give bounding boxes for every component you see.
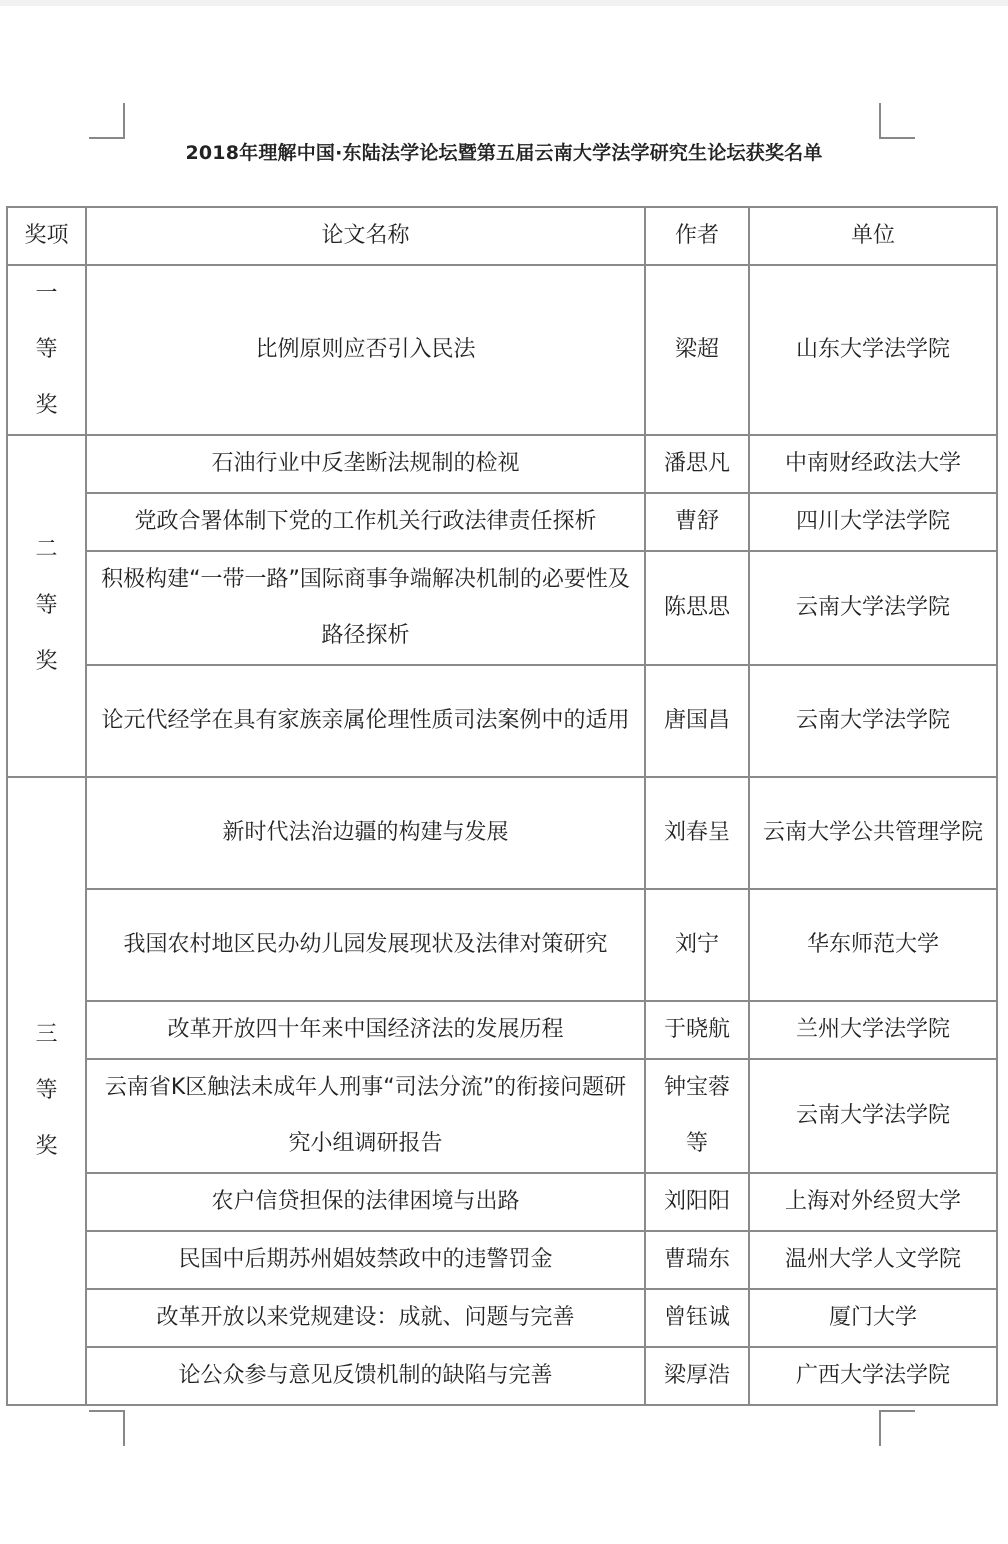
crop-mark-bottom-left: [89, 1410, 125, 1446]
paper-title: 农户信贷担保的法律困境与出路: [86, 1173, 645, 1231]
unit: 中南财经政法大学: [749, 435, 997, 493]
paper-title: 积极构建“一带一路”国际商事争端解决机制的必要性及路径探析: [86, 551, 645, 665]
table-row: 农户信贷担保的法律困境与出路 刘阳阳 上海对外经贸大学: [7, 1173, 997, 1231]
crop-mark-top-right: [879, 103, 915, 139]
table-row: 党政合署体制下党的工作机关行政法律责任探析 曹舒 四川大学法学院: [7, 493, 997, 551]
paper-title: 新时代法治边疆的构建与发展: [86, 777, 645, 889]
unit: 上海对外经贸大学: [749, 1173, 997, 1231]
table-row: 民国中后期苏州娼妓禁政中的违警罚金 曹瑞东 温州大学人文学院: [7, 1231, 997, 1289]
paper-title: 党政合署体制下党的工作机关行政法律责任探析: [86, 493, 645, 551]
unit: 厦门大学: [749, 1289, 997, 1347]
author: 刘阳阳: [645, 1173, 749, 1231]
crop-mark-bottom-right: [879, 1410, 915, 1446]
paper-title: 论元代经学在具有家族亲属伦理性质司法案例中的适用: [86, 665, 645, 777]
paper-title: 改革开放四十年来中国经济法的发展历程: [86, 1001, 645, 1059]
author: 梁厚浩: [645, 1347, 749, 1405]
header-author: 作者: [645, 207, 749, 265]
unit: 温州大学人文学院: [749, 1231, 997, 1289]
unit: 云南大学法学院: [749, 665, 997, 777]
table-row: 一 等 奖 比例原则应否引入民法 梁超 山东大学法学院: [7, 265, 997, 435]
paper-title: 比例原则应否引入民法: [86, 265, 645, 435]
table-row: 论公众参与意见反馈机制的缺陷与完善 梁厚浩 广西大学法学院: [7, 1347, 997, 1405]
unit: 云南大学公共管理学院: [749, 777, 997, 889]
author: 曹舒: [645, 493, 749, 551]
table-row: 我国农村地区民办幼儿园发展现状及法律对策研究 刘宁 华东师范大学: [7, 889, 997, 1001]
paper-title: 改革开放以来党规建设：成就、问题与完善: [86, 1289, 645, 1347]
paper-title: 论公众参与意见反馈机制的缺陷与完善: [86, 1347, 645, 1405]
author: 刘春呈: [645, 777, 749, 889]
table-header-row: 奖项 论文名称 作者 单位: [7, 207, 997, 265]
table-row: 云南省K区触法未成年人刑事“司法分流”的衔接问题研究小组调研报告 钟宝蓉等 云南…: [7, 1059, 997, 1173]
table-row: 论元代经学在具有家族亲属伦理性质司法案例中的适用 唐国昌 云南大学法学院: [7, 665, 997, 777]
table-row: 改革开放以来党规建设：成就、问题与完善 曾钰诚 厦门大学: [7, 1289, 997, 1347]
unit: 兰州大学法学院: [749, 1001, 997, 1059]
crop-mark-top-left: [89, 103, 125, 139]
author: 梁超: [645, 265, 749, 435]
author: 潘思凡: [645, 435, 749, 493]
award-third-prize: 三 等 奖: [7, 777, 86, 1405]
award-second-prize: 二 等 奖: [7, 435, 86, 777]
unit: 华东师范大学: [749, 889, 997, 1001]
paper-title: 我国农村地区民办幼儿园发展现状及法律对策研究: [86, 889, 645, 1001]
unit: 云南大学法学院: [749, 1059, 997, 1173]
header-title: 论文名称: [86, 207, 645, 265]
unit: 广西大学法学院: [749, 1347, 997, 1405]
award-first-prize: 一 等 奖: [7, 265, 86, 435]
awards-table: 奖项 论文名称 作者 单位 一 等 奖 比例原则应否引入民法 梁超 山东大学法学…: [6, 206, 998, 1406]
table-row: 三 等 奖 新时代法治边疆的构建与发展 刘春呈 云南大学公共管理学院: [7, 777, 997, 889]
author: 曹瑞东: [645, 1231, 749, 1289]
unit: 山东大学法学院: [749, 265, 997, 435]
author: 曾钰诚: [645, 1289, 749, 1347]
author: 刘宁: [645, 889, 749, 1001]
paper-title: 石油行业中反垄断法规制的检视: [86, 435, 645, 493]
top-status-strip: [0, 0, 1008, 6]
table-row: 积极构建“一带一路”国际商事争端解决机制的必要性及路径探析 陈思思 云南大学法学…: [7, 551, 997, 665]
unit: 云南大学法学院: [749, 551, 997, 665]
table-row: 二 等 奖 石油行业中反垄断法规制的检视 潘思凡 中南财经政法大学: [7, 435, 997, 493]
table-row: 改革开放四十年来中国经济法的发展历程 于晓航 兰州大学法学院: [7, 1001, 997, 1059]
author: 于晓航: [645, 1001, 749, 1059]
paper-title: 云南省K区触法未成年人刑事“司法分流”的衔接问题研究小组调研报告: [86, 1059, 645, 1173]
author: 陈思思: [645, 551, 749, 665]
unit: 四川大学法学院: [749, 493, 997, 551]
author: 唐国昌: [645, 665, 749, 777]
header-award: 奖项: [7, 207, 86, 265]
document-title: 2018年理解中国·东陆法学论坛暨第五届云南大学法学研究生论坛获奖名单: [0, 138, 1008, 165]
header-unit: 单位: [749, 207, 997, 265]
paper-title: 民国中后期苏州娼妓禁政中的违警罚金: [86, 1231, 645, 1289]
author: 钟宝蓉等: [645, 1059, 749, 1173]
